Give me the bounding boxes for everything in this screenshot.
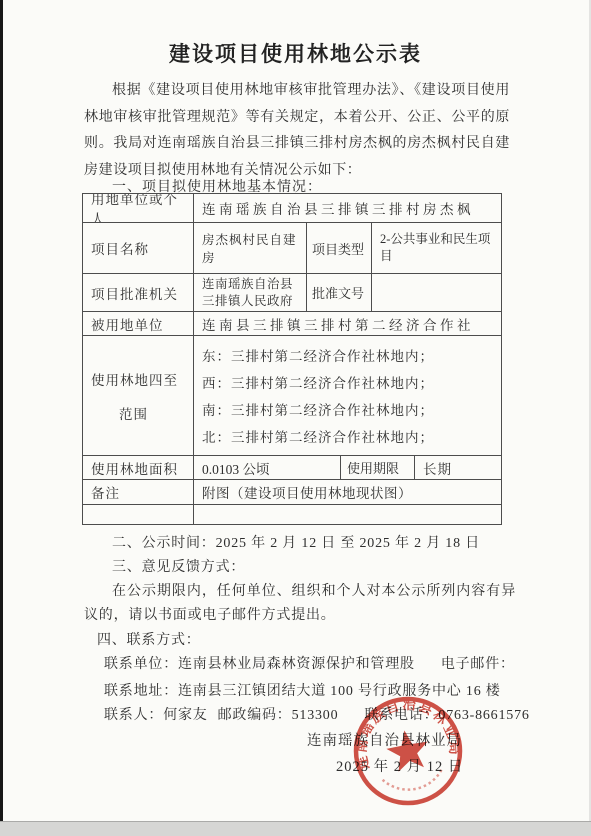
table-row: 用地单位或个人 连南瑶族自治县三排镇三排村房杰枫 (83, 194, 501, 222)
contact-email-label: 电子邮件： (441, 657, 515, 672)
section4-heading: 四、联系方式： (97, 629, 201, 649)
seal-star-icon (384, 727, 432, 773)
contact-unit-line: 联系单位：连南县林业局森林资源保护和管理股电子邮件： (104, 653, 515, 673)
approval-no-value (371, 274, 501, 311)
empty-cell (83, 505, 193, 524)
table-row: 备注 附图（建设项目使用林地现状图） (83, 479, 501, 504)
boundary-west: 西：三排村第二经济合作社林地内； (202, 372, 434, 392)
publicity-period-line: 二、公示时间：2025 年 2 月 12 日 至 2025 年 2 月 18 日 (112, 532, 480, 552)
remark-value: 附图（建设项目使用林地现状图） (193, 480, 501, 504)
boundary-label-line1: 使用林地四至 (91, 369, 178, 389)
area-label: 使用林地面积 (83, 456, 193, 479)
approval-org-label: 项目批准机关 (83, 274, 193, 311)
boundary-north: 北：三排村第二经济合作社林地内； (202, 426, 434, 446)
section3-body: 在公示期限内，任何单位、组织和个人对本公示所列内容有异议的，请以书面或电子邮件方… (84, 580, 516, 627)
term-label: 使用期限 (340, 456, 414, 479)
table-row: 使用林地四至 范围 东：三排村第二经济合作社林地内； 西：三排村第二经济合作社林… (83, 335, 501, 455)
section3-heading: 三、意见反馈方式： (112, 556, 245, 576)
land-user-value: 连南瑶族自治县三排镇三排村房杰枫 (193, 194, 501, 222)
land-user-label: 用地单位或个人 (83, 194, 193, 222)
document-title: 建设项目使用林地公示表 (0, 38, 591, 68)
scan-bottom-band (0, 821, 591, 836)
boundary-south: 南：三排村第二经济合作社林地内； (202, 399, 434, 419)
contact-address-label: 联系地址： (104, 684, 178, 699)
contact-person-label: 联系人： (104, 708, 163, 723)
approval-no-label: 批准文号 (306, 274, 371, 311)
project-name-value: 房杰枫村民自建房 (193, 223, 306, 273)
project-type-value: 2-公共事业和民生项目 (371, 223, 501, 273)
empty-cell (193, 505, 501, 524)
boundary-label-line2: 范围 (91, 403, 148, 423)
contact-unit-value: 连南县林业局森林资源保护和管理股 (178, 657, 415, 672)
contact-postcode-label: 邮政编码： (218, 708, 292, 723)
table-row: 使用林地面积 0.0103 公顷 使用期限 长期 (83, 455, 501, 479)
project-type-label: 项目类型 (306, 223, 371, 273)
contact-person-value: 何家友 (163, 708, 207, 723)
remark-label: 备注 (83, 480, 193, 504)
intro-paragraph: 根据《建设项目使用林地审核审批管理办法》、《建设项目使用林地审核审批管理规范》等… (84, 78, 510, 184)
table-row: 项目名称 房杰枫村民自建房 项目类型 2-公共事业和民生项目 (83, 222, 501, 273)
contact-unit-label: 联系单位： (104, 657, 178, 672)
boundary-value: 东：三排村第二经济合作社林地内； 西：三排村第二经济合作社林地内； 南：三排村第… (193, 336, 501, 455)
landowner-value: 连南县三排镇三排村第二经济合作社 (193, 312, 501, 335)
boundary-label: 使用林地四至 范围 (83, 336, 193, 455)
table-row: 项目批准机关 连南瑶族自治县三排镇人民政府 批准文号 (83, 273, 501, 311)
boundary-east: 东：三排村第二经济合作社林地内； (202, 345, 434, 365)
project-name-label: 项目名称 (83, 223, 193, 273)
scan-edge-left (0, 0, 3, 821)
official-seal: 连南瑶族自治县林业局 (347, 691, 469, 813)
term-value: 长期 (414, 456, 501, 479)
seal-bottom-code-marks (383, 769, 445, 794)
forest-land-table: 用地单位或个人 连南瑶族自治县三排镇三排村房杰枫 项目名称 房杰枫村民自建房 项… (82, 193, 502, 525)
table-row: 被用地单位 连南县三排镇三排村第二经济合作社 (83, 311, 501, 335)
landowner-label: 被用地单位 (83, 312, 193, 335)
approval-org-value: 连南瑶族自治县三排镇人民政府 (193, 274, 306, 311)
contact-postcode-value: 513300 (292, 708, 339, 723)
table-row-empty (83, 504, 501, 524)
area-value: 0.0103 公顷 (193, 456, 340, 479)
